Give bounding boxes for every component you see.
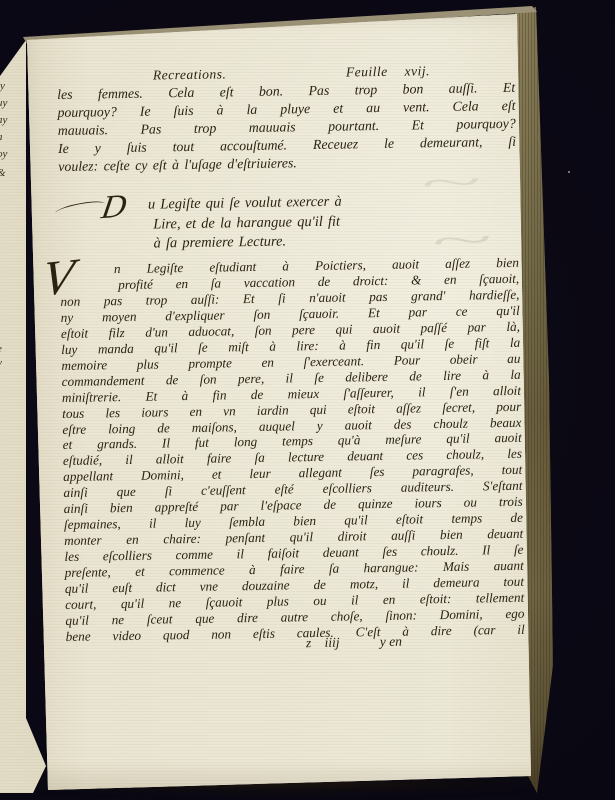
fragment: y [0, 357, 2, 369]
section-heading: u Legiſte qui ſe voulut exercer à Lire, … [148, 191, 459, 254]
book-photo: ty uy ay a oy & e y Recreations. Feuille… [0, 0, 615, 800]
running-head-title: Recreations. [153, 66, 227, 83]
body-paragraph: n Legiſte eſtudiant à Poictiers, auoit a… [60, 255, 525, 645]
running-head: Recreations. Feuille xvij. [0, 60, 615, 70]
fragment: e [0, 343, 2, 355]
dust-speck [568, 171, 570, 173]
printed-text: Recreations. Feuille xvij. les femmes. C… [0, 0, 615, 800]
heading-line: à ſa premiere Lecture. [153, 230, 458, 254]
heading-initial: D [99, 190, 129, 225]
signature-mark: z iiij [306, 635, 340, 652]
catchword: y en [380, 634, 402, 650]
running-head-folio: Feuille xvij. [346, 63, 430, 80]
